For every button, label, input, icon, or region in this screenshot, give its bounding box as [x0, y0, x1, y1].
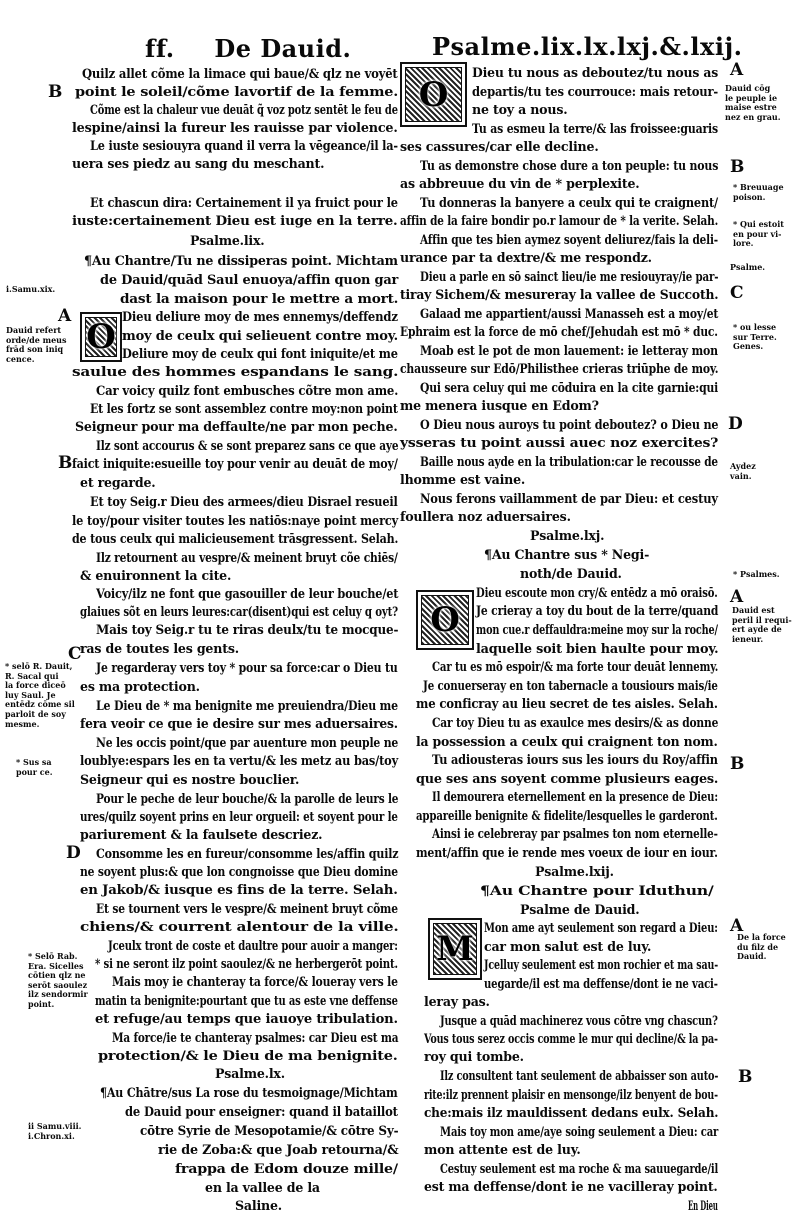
text-line: Jusque a quād machinerez vous cōtre vng … [440, 1015, 718, 1028]
text-line: Mais moy ie chanteray ta force/& loueray… [112, 976, 398, 989]
margin-note: * Sus sa pour ce. [16, 758, 53, 777]
text-line: foullera noz aduersaires. [400, 511, 571, 524]
text-line: Dieu a parle en sō sainct lieu/ie me res… [420, 271, 718, 284]
text-line: Dieu tu nous as deboutez/tu nous as [472, 67, 718, 80]
text-line: Il demourera eternellement en la presenc… [432, 791, 718, 804]
text-line: Galaad me appartient/aussi Manasseh est … [420, 308, 718, 321]
margin-letter: A [58, 306, 71, 326]
margin-letter: A [730, 60, 743, 80]
margin-letter: A [730, 587, 743, 607]
margin-letter: B [730, 157, 744, 177]
text-line: Jceulx tront de coste et daultre pour au… [108, 940, 398, 953]
text-line: iuste:certainement Dieu est iuge en la t… [72, 215, 398, 228]
text-line: la possession a ceulx qui craignent ton … [416, 736, 718, 749]
text-line: Ilz consultent tant seulement de abbaiss… [440, 1070, 718, 1083]
text-line: che:mais ilz mauldissent dedans eulx. Se… [424, 1107, 718, 1120]
text-line: Et chascun dira: Certainement il ya frui… [90, 197, 398, 210]
text-line: ne soyent plus:& que lon congnoisse que … [80, 866, 398, 879]
text-line: Et toy Seig.r Dieu des armees/dieu Disra… [90, 496, 398, 509]
text-line: rie de Zoba:& que Joab retourna/& [158, 1144, 398, 1157]
text-line: Tu donneras la banyere a ceulx qui te cr… [420, 197, 718, 210]
text-line: Jcelluy seulement est mon rochier et ma … [484, 959, 718, 972]
text-line: Le Dieu de * ma benignite me preuiendra/… [96, 700, 398, 713]
folio-number: ff. [145, 34, 175, 63]
text-line: me menera iusque en Edom? [400, 400, 599, 413]
text-line: ¶Au Chantre sus * Negi- [484, 549, 649, 562]
text-line: Je crieray a toy du bout de la terre/qua… [476, 605, 718, 618]
heading-line: Psalme.lxj. [530, 530, 604, 543]
heading-line: Psalme.lix. [190, 235, 265, 248]
margin-letter: B [58, 453, 72, 473]
text-line: Affin que tes bien aymez soyent deliurez… [420, 234, 718, 247]
text-line: est ma deffense/dont ie ne vacilleray po… [424, 1181, 718, 1194]
text-line: Car toy Dieu tu as exaulce mes desirs/& … [432, 717, 718, 730]
text-line: ysseras tu point aussi auec noz exercite… [400, 437, 718, 450]
text-line: Saline. [235, 1200, 282, 1213]
text-line: Vous tous serez occis comme le mur qui d… [424, 1033, 718, 1046]
text-line: protection/& le Dieu de ma benignite. [98, 1050, 398, 1063]
text-line: Ilz retournent au vespre/& meinent bruyt… [96, 552, 398, 565]
text-line: roy qui tombe. [424, 1051, 524, 1064]
text-line: frappa de Edom douze mille/ [175, 1163, 398, 1176]
margin-letter: C [730, 283, 744, 303]
text-line: Mon ame ayt seulement son regard a Dieu: [484, 922, 718, 935]
right-running-head: Psalme.lix.lx.lxj.&.lxij. [432, 32, 743, 61]
margin-letter: B [48, 82, 62, 102]
margin-note: * Qui estoit en pour vi- lore. [733, 220, 784, 249]
text-line: Mais toy Seig.r tu te riras deulx/tu te … [96, 624, 398, 637]
text-line: tiray Sichem/& mesureray la vallee de Su… [400, 289, 718, 302]
initial-letter: M [430, 920, 480, 978]
text-line: ¶Au Chātre/sus La rose du tesmoignage/Mi… [100, 1087, 398, 1100]
text-line: uegarde/il est ma deffense/dont ie ne va… [484, 978, 718, 991]
initial-letter: O [418, 592, 472, 648]
initial-letter: O [82, 314, 120, 360]
text-line: Moab est le pot de mon lauement: ie lett… [420, 345, 718, 358]
text-line: Tu adiousteras iours sus les iours du Ro… [432, 754, 718, 767]
text-line: de tous ceulx qui malicieusement trāsgre… [72, 533, 398, 546]
text-line: appareille benignite & fidelite/lesquell… [416, 810, 718, 823]
initial-letter: O [402, 64, 465, 125]
margin-note: * Psalmes. [733, 570, 780, 580]
margin-note: Aydez vain. [730, 462, 756, 481]
margin-note: i.Samu.xix. [6, 285, 55, 295]
text-line: Le iuste sesiouyra quand il verra la vēg… [90, 140, 398, 153]
text-line: glaiues sõt en leurs leures:car(disent)q… [80, 606, 398, 619]
text-line: rite:ilz prennent plaisir en mensonge/il… [424, 1089, 718, 1102]
text-line: chausseure sur Edō/Philisthee crieras tr… [400, 363, 718, 376]
margin-note: * Breuuage poison. [733, 183, 784, 202]
text-line: mon attente est de luy. [424, 1144, 581, 1157]
text-line: le toy/pour visiter toutes les natiōs:na… [72, 515, 398, 528]
decorated-initial-o-psalm-61: O [416, 590, 474, 650]
text-line: Ephraim est la force de mō chef/Jehudah … [400, 326, 718, 339]
left-header-title: De Dauid. [214, 34, 351, 63]
text-line: departis/tu tes courrouce: mais retour- [472, 86, 718, 99]
text-line: ¶Au Chantre/Tu ne dissiperas point. Mich… [84, 255, 398, 268]
text-line: Quilz allet cõme la limace qui baue/& ql… [82, 68, 398, 81]
text-line: point le soleil/cõme lavortif de la femm… [75, 86, 398, 99]
text-line: Tu as esmeu la terre/& las froissee:guar… [472, 123, 718, 136]
margin-note: * selō R. Dauit, R. Sacal qui la force d… [5, 662, 75, 729]
text-line: noth/de Dauid. [520, 568, 622, 581]
text-line: et refuge/au temps que iauoye tribulatio… [95, 1013, 398, 1026]
right-header-title: Psalme.lix.lx.lxj.&.lxij. [432, 32, 743, 61]
text-line: Consomme les en fureur/consomme les/affi… [96, 848, 398, 861]
text-line: * si ne seront ilz point saoulez/& ne he… [95, 958, 398, 971]
text-line: Psalme de Dauid. [520, 904, 639, 917]
text-line: es ma protection. [80, 681, 200, 694]
margin-note: De la force du filz de Dauid. [737, 933, 797, 962]
text-line: Voicy/ilz ne font que gasouiller de leur… [96, 588, 398, 601]
heading-line: Psalme.lx. [215, 1068, 285, 1081]
text-line: me conficray au lieu secret de tes aisle… [416, 698, 718, 711]
text-line: uera ses piedz au sang du meschant. [72, 158, 324, 171]
text-line: moy de ceulx qui selieuent contre moy. [122, 330, 398, 343]
margin-letter: D [66, 843, 81, 863]
text-line: Pour le peche de leur bouche/& la paroll… [96, 793, 398, 806]
margin-note: Dauid est peril il requi- ert ayde de ie… [732, 606, 792, 644]
text-line: chiens/& courrent alentour de la ville. [80, 921, 398, 934]
text-line: Ainsi ie celebreray par psalmes ton nom … [432, 828, 718, 841]
text-line: urance par ta dextre/& me respondz. [400, 252, 652, 265]
text-line: Ilz sont accourus & se sont preparez san… [96, 440, 398, 453]
text-line: Deliure moy de ceulx qui font iniquite/e… [122, 348, 398, 361]
text-line: Nous ferons vaillamment de par Dieu: et … [420, 493, 718, 506]
text-line: Tu as demonstre chose dure a ton peuple:… [420, 160, 718, 173]
text-line: Je regarderay vers toy * pour sa force:c… [96, 662, 398, 675]
text-line: Car voicy quilz font embusches cõtre mon… [96, 385, 398, 398]
text-line: cōtre Syrie de Mesopotamie/& cōtre Sy- [140, 1125, 398, 1138]
left-running-head: ff. De Dauid. [145, 34, 351, 63]
text-line: Seigneur qui es nostre bouclier. [80, 774, 299, 787]
text-line: ses cassures/car elle decline. [400, 141, 599, 154]
text-line: pariurement & la faulsete descriez. [80, 829, 322, 842]
text-line: Et se tournent vers le vespre/& meinent … [96, 903, 398, 916]
text-line: lhomme est vaine. [400, 474, 525, 487]
text-line: Dieu deliure moy de mes ennemys/deffendz [122, 311, 398, 324]
decorated-initial-o-psalm-59: O [80, 312, 122, 362]
text-line: car mon salut est de luy. [484, 941, 651, 954]
margin-note: * Selō Rab. Era. Sicelles cōtien qlz ne … [28, 952, 88, 1010]
text-line: Ne les occis point/que par auenture mon … [96, 737, 398, 750]
text-line: affin de la faire bondir po.r lamour de … [400, 215, 718, 228]
text-line: en Jakob/& iusque es fins de la terre. S… [80, 884, 398, 897]
text-line: faict iniquite:esueille toy pour venir a… [72, 458, 398, 471]
margin-note: Dauid cōg le peuple ie maise estre nez e… [725, 84, 781, 122]
text-line: ras de toutes les gents. [80, 643, 239, 656]
text-line: Qui sera celuy qui me cōduira en la cite… [420, 382, 718, 395]
heading-line: Psalme.lxij. [535, 866, 614, 879]
text-line: dast la maison pour le mettre a mort. [120, 293, 398, 306]
decorated-initial-o-psalm-60: O [400, 62, 467, 127]
text-line: ures/quilz soyent prins en leur orgueil:… [80, 811, 398, 824]
margin-letter: B [738, 1067, 752, 1087]
decorated-initial-m-psalm-62: M [428, 918, 482, 980]
text-line: Mais toy mon ame/aye soing seulement a D… [440, 1126, 718, 1139]
text-line: O Dieu nous auroys tu point deboutez? o … [420, 419, 718, 432]
text-line: que ses ans soyent comme plusieurs eages… [416, 773, 718, 786]
text-line: & enuironnent la cite. [80, 570, 231, 583]
margin-letter: D [728, 414, 743, 434]
text-line: et regarde. [80, 477, 155, 490]
text-line: as abbreuue du vin de * perplexite. [400, 178, 640, 191]
text-line: Dieu escoute mon cry/& entēdz a mō orais… [476, 587, 718, 600]
text-line: saulue des hommes espandans le sang. [72, 366, 398, 379]
text-line: Car tu es mō espoir/& ma forte tour deuā… [432, 661, 718, 674]
text-line: Ma force/ie te chanteray psalmes: car Di… [112, 1032, 398, 1045]
text-line: matin ta benignite:pourtant que tu as es… [95, 995, 398, 1008]
text-line: Cõme est la chaleur vue deuāt q̃ voz pot… [90, 104, 398, 117]
margin-note: Dauid refert orde/de meus frād son iniq … [6, 326, 67, 364]
text-line: fera veoir ce que ie desire sur mes adue… [80, 718, 398, 731]
text-line: En Dieu [688, 1200, 718, 1213]
text-line: laquelle soit bien haulte pour moy. [476, 643, 718, 656]
text-line: Baille nous ayde en la tribulation:car l… [420, 456, 718, 469]
text-line: Et les fortz se sont assemblez contre mo… [90, 403, 398, 416]
margin-letter: B [730, 754, 744, 774]
text-line: ¶Au Chantre pour Iduthun/ [480, 885, 713, 898]
text-line: Cestuy seulement est ma roche & ma sauue… [440, 1163, 718, 1176]
text-line: de Dauid/quād Saul enuoya/affin quon gar [100, 274, 398, 287]
text-line: de Dauid pour enseigner: quand il batail… [125, 1106, 398, 1119]
psalter-page: ff. De Dauid. Psalme.lix.lx.lxj.&.lxij. … [0, 0, 797, 1217]
text-line: mon cue.r deffauldra:meine moy sur la ro… [476, 624, 718, 637]
text-line: Je conuerseray en ton tabernacle a tousi… [423, 680, 718, 693]
text-line: en la vallee de la [205, 1182, 320, 1195]
margin-note: * ou lesse sur Terre. Genes. [733, 323, 777, 352]
text-line: loublye:espars les en ta vertu/& les met… [80, 755, 398, 768]
margin-note: ii Samu.viii. i.Chron.xi. [28, 1122, 81, 1141]
text-line: leray pas. [424, 996, 490, 1009]
text-line: ment/affin que ie rende mes voeux de iou… [416, 847, 718, 860]
text-line: Seigneur pour ma deffaulte/ne par mon pe… [75, 421, 398, 434]
text-line: ne toy a nous. [472, 104, 567, 117]
margin-note: Psalme. [730, 263, 765, 273]
text-line: lespine/ainsi la fureur les rauisse par … [72, 122, 398, 135]
